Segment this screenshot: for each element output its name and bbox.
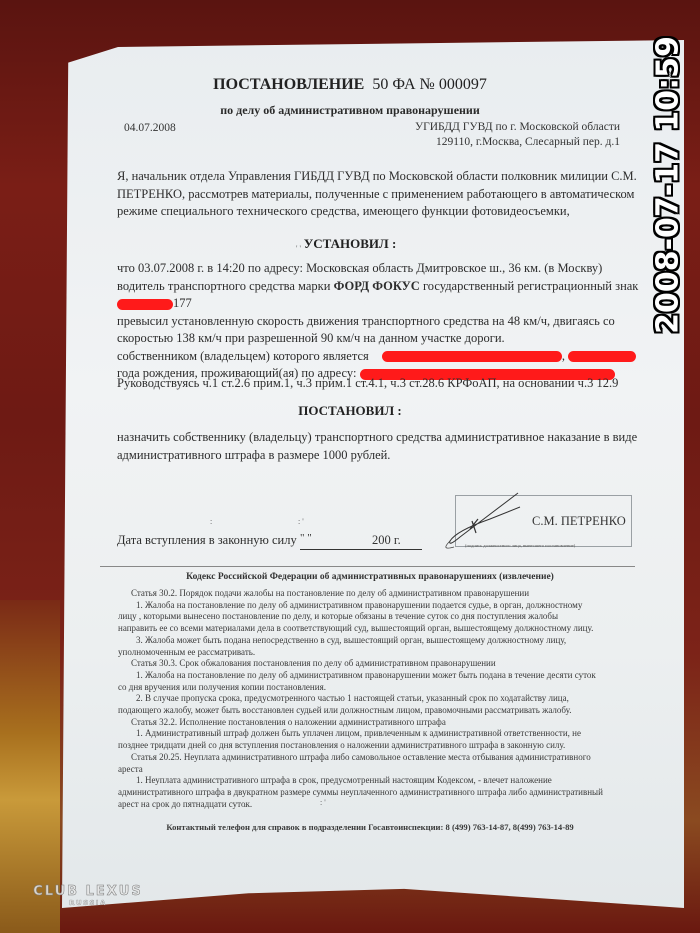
- title-text: ПОСТАНОВЛЕНИЕ: [213, 76, 364, 93]
- code-extract-line: подающего жалобу, может быть восстановле…: [118, 705, 634, 717]
- vehicle-suffix: государственный регистрационный знак: [420, 279, 639, 293]
- code-extract-line: 1. Административный штраф должен быть уп…: [118, 728, 634, 740]
- print-speck: : ': [298, 517, 304, 526]
- code-extract-line: лицу , которыми вынесено постановление п…: [118, 611, 634, 623]
- effective-date-label: Дата вступления в законную силу: [117, 533, 297, 548]
- code-extract-line: направить ее со всеми материалами дела в…: [118, 623, 634, 635]
- watermark-line1: CLUB LEXUS: [22, 884, 154, 899]
- signature-caption: (подпись должностного лица, вынесшего по…: [465, 543, 575, 548]
- redaction-mark: [117, 299, 173, 310]
- effective-date-underline: [300, 549, 422, 550]
- code-extract-line: Статья 30.3. Срок обжалования постановле…: [118, 658, 634, 670]
- code-extract-line: 1. Неуплата административного штрафа в с…: [118, 775, 634, 787]
- code-extract-line: 1. Жалоба на постановление по делу об ад…: [118, 600, 634, 612]
- watermark-line2: RUSSIA: [22, 899, 154, 907]
- document-date: 04.07.2008: [124, 122, 176, 134]
- code-extract-line: Статья 20.25. Неуплата административного…: [118, 752, 634, 764]
- code-extract-line: со дня вручения или получения копии пост…: [118, 682, 634, 694]
- effective-date-year: 200 г.: [372, 533, 401, 548]
- code-extract-line: 2. В случае пропуска срока, предусмотрен…: [118, 693, 634, 705]
- contact-phone: Контактный телефон для справок в подразд…: [0, 822, 700, 832]
- section-divider: [100, 566, 635, 567]
- document-number: 50 ФА № 000097: [372, 76, 486, 93]
- effective-date-day: " ": [300, 532, 312, 544]
- code-extract-title: Кодекс Российской Федерации об администр…: [0, 572, 700, 582]
- decision-paragraph: назначить собственнику (владельцу) транс…: [117, 429, 642, 464]
- plate-line: 177: [117, 295, 647, 313]
- code-extract-line: уполномоченным ее рассматривать.: [118, 647, 634, 659]
- watermark-logo: CLUB LEXUS RUSSIA: [22, 884, 154, 907]
- vehicle-line: водитель транспортного средства марки ФО…: [117, 278, 647, 296]
- code-extract-line: ареста: [118, 764, 634, 776]
- code-extract-line: 3. Жалоба может быть подана непосредстве…: [118, 635, 634, 647]
- established-section: что 03.07.2008 г. в 14:20 по адресу: Мос…: [117, 260, 647, 383]
- decided-heading: ПОСТАНОВИЛ :: [0, 403, 700, 419]
- timestamp-text: 2008-07-17 10:59: [651, 36, 686, 334]
- plate-visible-digits: 177: [173, 296, 192, 310]
- issuing-organization: УГИБДД ГУВД по г. Московской области 129…: [415, 120, 620, 150]
- code-extract-line: арест на срок до пятнадцати суток.: [118, 799, 634, 811]
- legal-basis: Руководствуясь ч.1 ст.2.6 прим.1, ч.3 пр…: [117, 375, 657, 393]
- code-extract-line: 1. Жалоба на постановление по делу об ад…: [118, 670, 634, 682]
- photo-timestamp: 2008-07-17 10:59: [646, 25, 690, 345]
- code-extract-line: административного штрафа в двукратном ра…: [118, 787, 634, 799]
- owner-line: собственником (владельцем) которого явля…: [117, 348, 647, 366]
- speed-violation: превысил установленную скорость движения…: [117, 313, 647, 348]
- document-title: ПОСТАНОВЛЕНИЕ 50 ФА № 000097: [0, 76, 700, 94]
- vehicle-prefix: водитель транспортного средства марки: [117, 279, 334, 293]
- redaction-mark: [382, 351, 562, 362]
- document-subtitle: по делу об административном правонарушен…: [0, 103, 700, 118]
- print-speck: :: [210, 517, 212, 526]
- redaction-mark: [568, 351, 636, 362]
- print-speck: .: [244, 800, 246, 809]
- org-address: 129110, г.Москва, Слесарный пер. д.1: [415, 135, 620, 150]
- intro-paragraph: Я, начальник отдела Управления ГИБДД ГУВ…: [117, 168, 637, 221]
- code-extract-text: Статья 30.2. Порядок подачи жалобы на по…: [118, 588, 634, 810]
- signatory-name: С.М. ПЕТРЕНКО: [532, 514, 626, 529]
- print-speck: : ': [320, 798, 326, 807]
- established-heading: УСТАНОВИЛ :: [0, 236, 700, 252]
- org-name: УГИБДД ГУВД по г. Московской области: [415, 120, 620, 135]
- code-extract-line: Статья 30.2. Порядок подачи жалобы на по…: [118, 588, 634, 600]
- violation-time-place: что 03.07.2008 г. в 14:20 по адресу: Мос…: [117, 260, 647, 278]
- car-make: ФОРД ФОКУС: [334, 279, 420, 293]
- code-extract-line: Статья 32.2. Исполнение постановления о …: [118, 717, 634, 729]
- print-speck: ' ': [296, 244, 301, 253]
- code-extract-line: позднее тридцати дней со дня вступления …: [118, 740, 634, 752]
- owner-label: собственником (владельцем) которого явля…: [117, 349, 369, 363]
